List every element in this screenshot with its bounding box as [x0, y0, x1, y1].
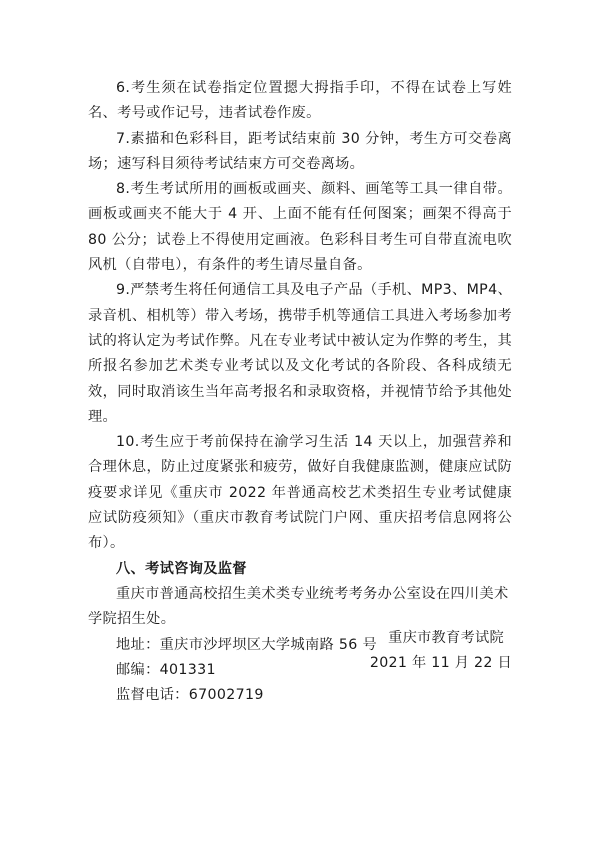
rule-item-8: 8.考生考试所用的画板或画夹、颜料、画笔等工具一律自带。画板或画夹不能大于 4 …	[88, 177, 512, 278]
contact-phone: 监督电话：67002719	[88, 683, 512, 708]
rule-item-9: 9.严禁考生将任何通信工具及电子产品（手机、MP3、MP4、录音机、相机等）带入…	[88, 278, 512, 430]
signature-organization: 重庆市教育考试院	[370, 626, 512, 651]
signature-date: 2021 年 11 月 22 日	[370, 651, 512, 676]
document-body: 6.考生须在试卷指定位置摁大拇指手印，不得在试卷上写姓名、考号或作记号，违者试卷…	[88, 76, 512, 708]
contact-office: 重庆市普通高校招生美术类专业统考考务办公室设在四川美术学院招生处。	[88, 582, 512, 633]
section-heading: 八、考试咨询及监督	[88, 557, 512, 582]
rule-item-7: 7.素描和色彩科目，距考试结束前 30 分钟，考生方可交卷离场；速写科目须待考试…	[88, 127, 512, 178]
signature-block: 重庆市教育考试院 2021 年 11 月 22 日	[370, 626, 512, 677]
document-page: 6.考生须在试卷指定位置摁大拇指手印，不得在试卷上写姓名、考号或作记号，违者试卷…	[0, 0, 600, 848]
rule-item-10: 10.考生应于考前保持在渝学习生活 14 天以上，加强营养和合理休息，防止过度紧…	[88, 430, 512, 556]
rule-item-6: 6.考生须在试卷指定位置摁大拇指手印，不得在试卷上写姓名、考号或作记号，违者试卷…	[88, 76, 512, 127]
